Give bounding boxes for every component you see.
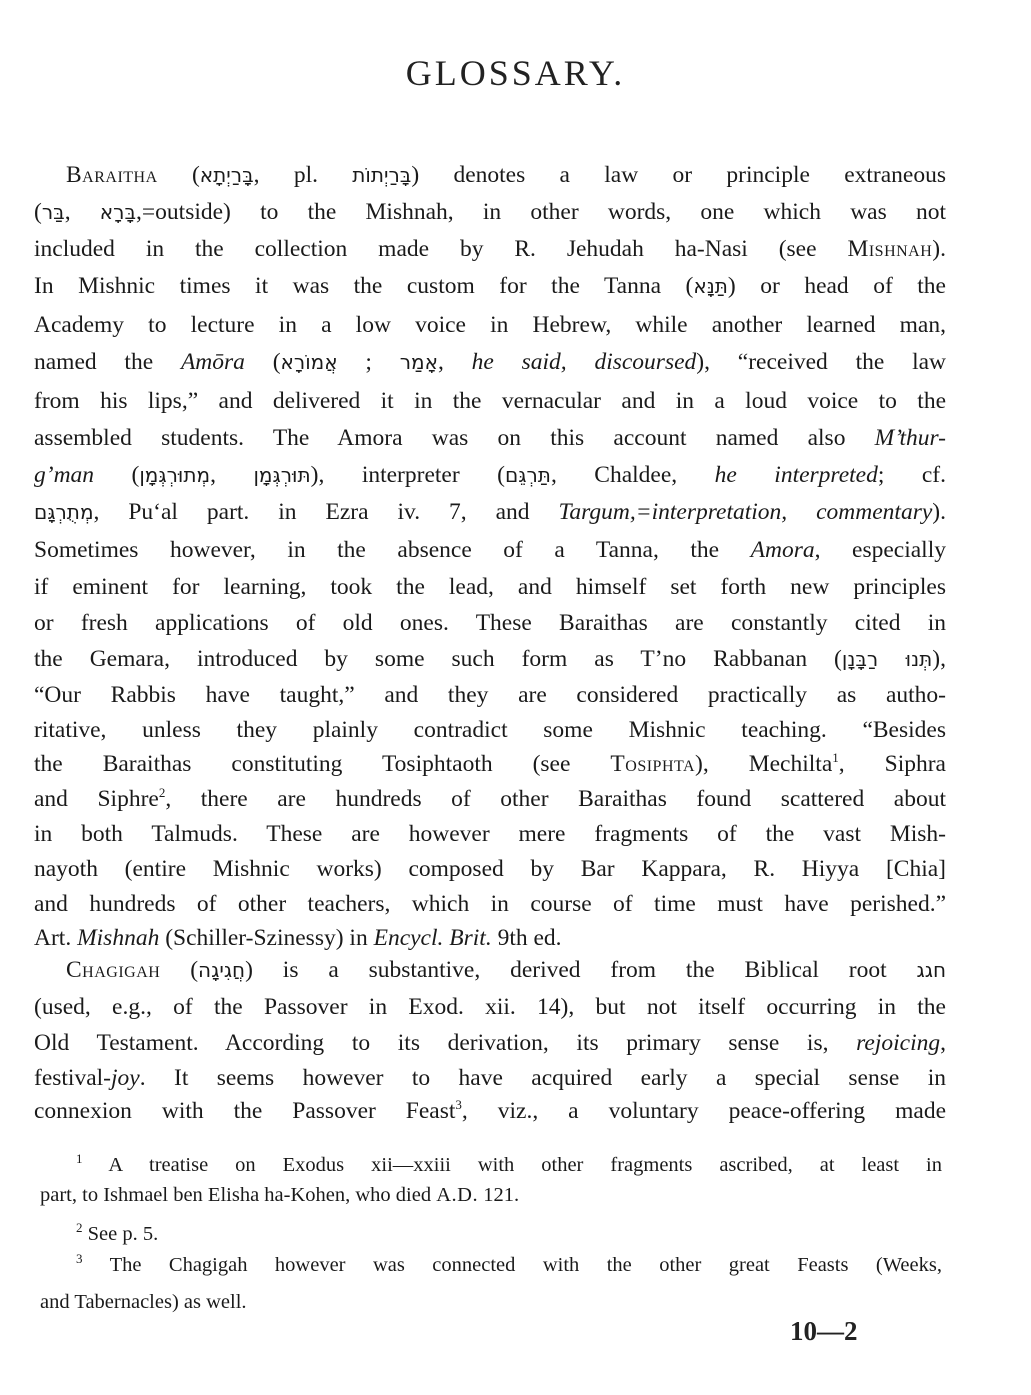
hebrew-word: חגג <box>916 958 946 982</box>
footnote-1-continued: part, to Ishmael ben Elisha ha-Kohen, wh… <box>40 1182 942 1208</box>
text-line: included in the collection made by R. Je… <box>34 234 946 264</box>
footnote-2: 2 See p. 5. <box>76 1221 942 1247</box>
text-line: (בַּר, בָּרָא,=outside) to the Mishnah, … <box>34 197 946 227</box>
hebrew-word: תְּנוּ רַבָּנָן <box>842 647 932 671</box>
text-line: assembled students. The Amora was on thi… <box>34 423 946 453</box>
hebrew-word: בָּרַיְתוֹת <box>352 163 411 187</box>
text-line: the Baraithas constituting Tosiphtaoth (… <box>34 749 946 779</box>
text-line: from his lips,” and delivered it in the … <box>34 386 946 416</box>
hebrew-word: מְתֻרְגָּם <box>34 500 94 524</box>
text-line: Sometimes however, in the absence of a T… <box>34 535 946 565</box>
text-line: and hundreds of other teachers, which in… <box>34 889 946 919</box>
cross-reference: Tosiphta <box>610 751 695 777</box>
page-number: 10—2 <box>790 1316 858 1347</box>
text-line: ritative, unless they plainly contradict… <box>34 715 946 745</box>
page-title: GLOSSARY. <box>0 52 1031 94</box>
text-line: if eminent for learning, took the lead, … <box>34 572 946 602</box>
text-line: “Our Rabbis have taught,” and they are c… <box>34 680 946 710</box>
hebrew-word: בַּר <box>42 200 65 224</box>
text-line: (used, e.g., of the Passover in Exod. xi… <box>34 992 946 1022</box>
cross-reference: Mishnah <box>847 236 932 262</box>
text-line: Chagigah (חֲגִיגָה) is a substantive, de… <box>66 955 946 985</box>
text-line: Baraitha (בָּרַיְתָא, pl. בָּרַיְתוֹת) d… <box>66 160 946 190</box>
footnote-3: 3 The Chagigah however was connected wit… <box>76 1252 942 1278</box>
entry-term: Chagigah <box>66 957 160 983</box>
text-line: the Gemara, introduced by some such form… <box>34 644 946 674</box>
hebrew-word: בָּרַיְתָא <box>200 163 254 187</box>
hebrew-word: אָמַר <box>400 350 438 374</box>
footnote-1: 1 A treatise on Exodus xii—xxiii with ot… <box>76 1152 942 1178</box>
entry-term: Baraitha <box>66 162 158 188</box>
footnote-3-continued: and Tabernacles) as well. <box>40 1289 942 1315</box>
text-line: named the Amōra (אֲמוֹרָא ; אָמַר, he sa… <box>34 347 946 377</box>
hebrew-word: חֲגִיגָה <box>198 958 245 982</box>
text-line: g’man (מְתוּרְגְּמָן, תּוּרְגְּמָן), int… <box>34 460 946 490</box>
text-line: nayoth (entire Mishnic works) composed b… <box>34 854 946 884</box>
text-line: Academy to lecture in a low voice in Heb… <box>34 310 946 340</box>
hebrew-word: אֲמוֹרָא <box>281 350 338 374</box>
text-line: festival-joy. It seems however to have a… <box>34 1063 946 1093</box>
hebrew-word: מְתוּרְגְּמָן <box>139 463 210 487</box>
text-line: or fresh applications of old ones. These… <box>34 608 946 638</box>
text-line: and Siphre2, there are hundreds of other… <box>34 784 946 814</box>
text-line: In Mishnic times it was the custom for t… <box>34 271 946 301</box>
hebrew-word: בָּרָא <box>100 200 136 224</box>
text-line: מְתֻרְגָּם, Pu‘al part. in Ezra iv. 7, a… <box>34 497 946 527</box>
hebrew-word: תַּרְגֵּם <box>505 463 551 487</box>
text-line: connexion with the Passover Feast3, viz.… <box>34 1096 946 1126</box>
hebrew-word: תּוּרְגְּמָן <box>253 463 310 487</box>
text-line: Art. Mishnah (Schiller-Szinessy) in Ency… <box>34 923 946 953</box>
hebrew-word: תַּנָּא <box>693 274 728 298</box>
text-line: Old Testament. According to its derivati… <box>34 1028 946 1058</box>
text-line: in both Talmuds. These are however mere … <box>34 819 946 849</box>
